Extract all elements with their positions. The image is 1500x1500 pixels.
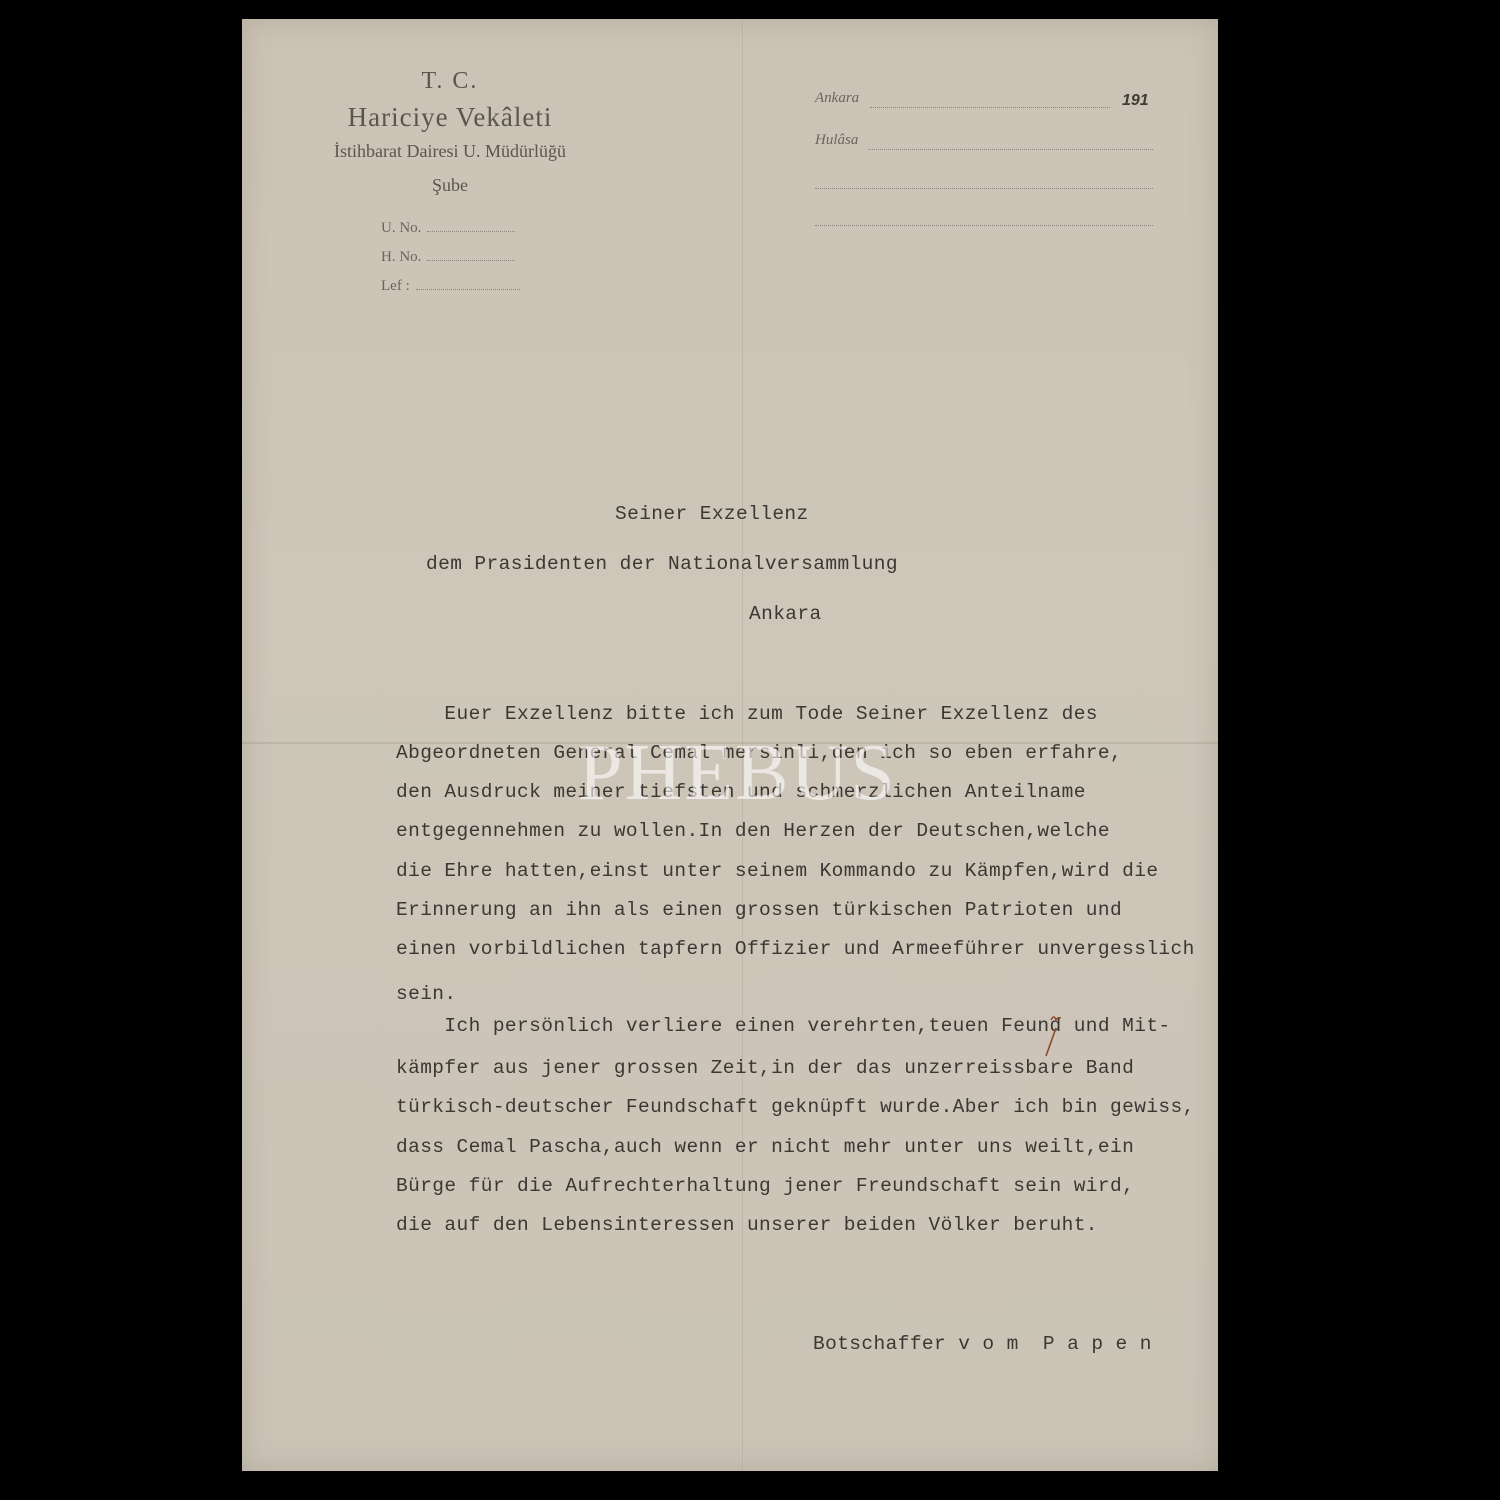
dotted-blank bbox=[427, 259, 515, 261]
body-line: Erinnerung an ihn als einen grossen türk… bbox=[396, 899, 1122, 921]
body-line: sein. bbox=[396, 983, 457, 1005]
letterhead-ministry: Hariciye Vekâleti bbox=[300, 102, 600, 133]
dotted-blank bbox=[870, 107, 1110, 108]
body-line: entgegennehmen zu wollen.In den Herzen d… bbox=[396, 820, 1110, 842]
letterhead-department: İstihbarat Dairesi U. Müdürlüğü bbox=[290, 141, 610, 162]
signature-line: Botschaffer v o m P a p e n bbox=[813, 1333, 1152, 1355]
year-prefix: 191 bbox=[1122, 92, 1149, 110]
field-label: H. No. bbox=[381, 249, 421, 266]
body-line: einen vorbildlichen tapfern Offizier und… bbox=[396, 938, 1195, 960]
body-line: türkisch-deutscher Feundschaft geknüpft … bbox=[396, 1096, 1195, 1118]
dotted-blank bbox=[868, 149, 1153, 150]
field-u-no: U. No. bbox=[381, 220, 515, 237]
place-label: Ankara bbox=[815, 90, 859, 107]
dotted-blank bbox=[416, 288, 520, 290]
address-line-3: Ankara bbox=[749, 603, 822, 625]
body-line: die Ehre hatten,einst unter seinem Komma… bbox=[396, 860, 1158, 882]
dotted-blank bbox=[427, 230, 515, 232]
field-label: U. No. bbox=[381, 220, 421, 237]
body-line: Abgeordneten General Cemal mersinli,den … bbox=[396, 742, 1122, 764]
field-h-no: H. No. bbox=[381, 249, 515, 266]
body-line: Euer Exzellenz bitte ich zum Tode Seiner… bbox=[396, 703, 1098, 725]
address-line-2: dem Prasidenten der Nationalversammlung bbox=[426, 553, 898, 575]
summary-label: Hulâsa bbox=[815, 132, 858, 149]
dotted-blank bbox=[815, 225, 1153, 226]
letterhead-country: T. C. bbox=[400, 68, 500, 95]
field-label: Lef : bbox=[381, 278, 410, 295]
letterhead-branch: Şube bbox=[400, 175, 500, 196]
body-line: dass Cemal Pascha,auch wenn er nicht meh… bbox=[396, 1136, 1134, 1158]
dotted-blank bbox=[815, 188, 1153, 189]
address-line-1: Seiner Exzellenz bbox=[615, 503, 809, 525]
body-line: Bürge für die Aufrechterhaltung jener Fr… bbox=[396, 1175, 1134, 1197]
handwritten-correction-mark bbox=[1040, 1010, 1070, 1060]
body-line: den Ausdruck meiner tiefsten und schmerz… bbox=[396, 781, 1086, 803]
body-line: kämpfer aus jener grossen Zeit,in der da… bbox=[396, 1057, 1134, 1079]
field-lef: Lef : bbox=[381, 278, 520, 295]
body-line: die auf den Lebensinteressen unserer bei… bbox=[396, 1214, 1098, 1236]
